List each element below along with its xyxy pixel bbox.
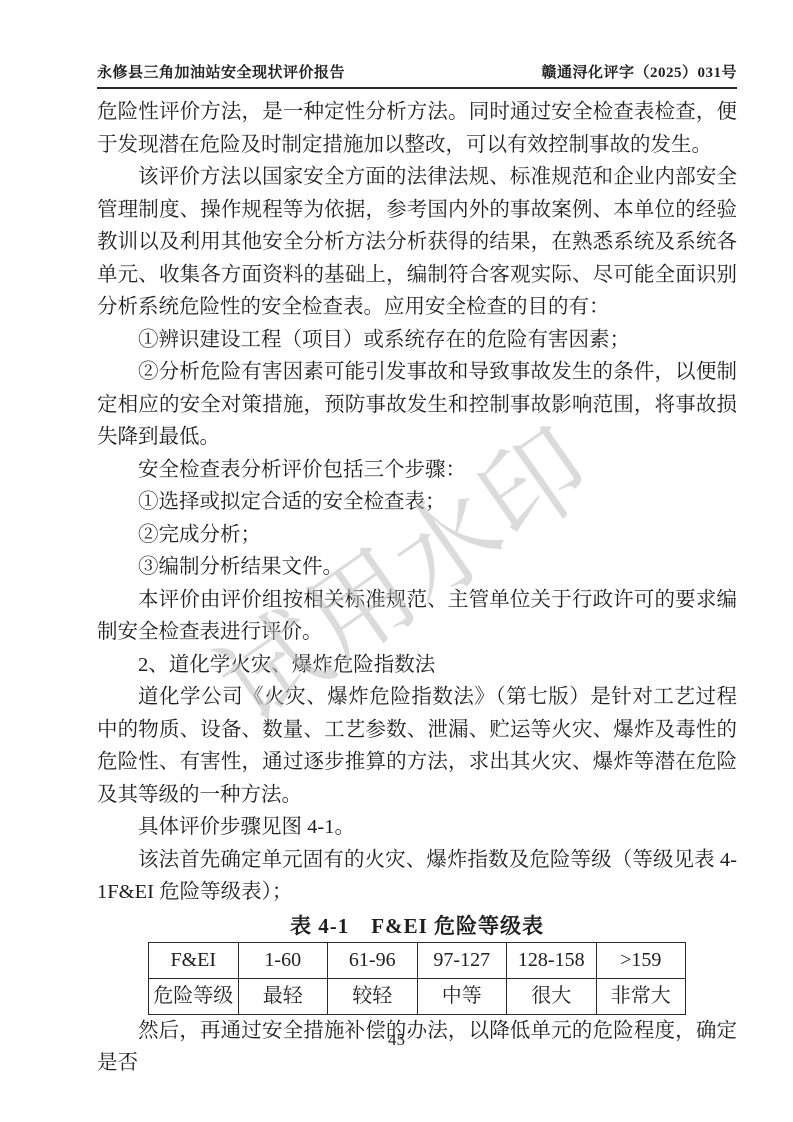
header-divider bbox=[97, 87, 737, 89]
table-cell: >159 bbox=[596, 942, 686, 978]
page-number: 45 bbox=[0, 1030, 793, 1050]
table-cell: 很大 bbox=[507, 978, 597, 1014]
paragraphs-section: 危险性评价方法，是一种定性分析方法。同时通过安全检查表检查，便于发现潜在危险及时… bbox=[97, 96, 737, 909]
table-cell: 较轻 bbox=[328, 978, 418, 1014]
body-paragraph: 道化学公司《火灾、爆炸危险指数法》（第七版）是针对工艺过程中的物质、设备、数量、… bbox=[97, 681, 737, 811]
page-header: 永修县三角加油站安全现状评价报告 赣通浔化评字（2025）031号 bbox=[97, 61, 737, 82]
body-paragraph: 该法首先确定单元固有的火灾、爆炸指数及危险等级（等级见表 4-1F&EI 危险等… bbox=[97, 844, 737, 909]
body-paragraph: ②完成分析； bbox=[97, 519, 737, 552]
table-row: 危险等级最轻较轻中等很大非常大 bbox=[149, 978, 686, 1014]
body-paragraph: 安全检查表分析评价包括三个步骤： bbox=[97, 454, 737, 487]
table-cell: 128-158 bbox=[507, 942, 597, 978]
table-cell: 61-96 bbox=[328, 942, 418, 978]
body-paragraph: 该评价方法以国家安全方面的法律法规、标准规范和企业内部安全管理制度、操作规程等为… bbox=[97, 161, 737, 324]
body-paragraph: ③编制分析结果文件。 bbox=[97, 551, 737, 584]
body-paragraph: 2、道化学火灾、爆炸危险指数法 bbox=[97, 649, 737, 682]
header-doc-number: 赣通浔化评字（2025）031号 bbox=[541, 61, 737, 82]
fei-risk-grade-table: F&EI1-6061-9697-127128-158>159危险等级最轻较轻中等… bbox=[148, 942, 686, 1015]
table-row: F&EI1-6061-9697-127128-158>159 bbox=[149, 942, 686, 978]
table-cell: 非常大 bbox=[596, 978, 686, 1014]
body-paragraph: 危险性评价方法，是一种定性分析方法。同时通过安全检查表检查，便于发现潜在危险及时… bbox=[97, 96, 737, 161]
table-cell: 97-127 bbox=[417, 942, 507, 978]
table-cell: 危险等级 bbox=[149, 978, 239, 1014]
header-report-title: 永修县三角加油站安全现状评价报告 bbox=[97, 61, 345, 82]
document-body: 危险性评价方法，是一种定性分析方法。同时通过安全检查表检查，便于发现潜在危险及时… bbox=[97, 96, 737, 1080]
body-paragraph: 本评价由评价组按相关标准规范、主管单位关于行政许可的要求编制安全检查表进行评价。 bbox=[97, 584, 737, 649]
table-cell: F&EI bbox=[149, 942, 239, 978]
table-cell: 1-60 bbox=[238, 942, 328, 978]
body-paragraph: ②分析危险有害因素可能引发事故和导致事故发生的条件，以便制定相应的安全对策措施，… bbox=[97, 356, 737, 454]
body-paragraph: ①辨识建设工程（项目）或系统存在的危险有害因素； bbox=[97, 324, 737, 357]
table-cell: 中等 bbox=[417, 978, 507, 1014]
body-paragraph: 具体评价步骤见图 4-1。 bbox=[97, 811, 737, 844]
table-cell: 最轻 bbox=[238, 978, 328, 1014]
body-paragraph: ①选择或拟定合适的安全检查表； bbox=[97, 486, 737, 519]
document-page: 永修县三角加油站安全现状评价报告 赣通浔化评字（2025）031号 危险性评价方… bbox=[0, 0, 793, 1122]
table-caption: 表 4-1 F&EI 危险等级表 bbox=[97, 911, 737, 941]
